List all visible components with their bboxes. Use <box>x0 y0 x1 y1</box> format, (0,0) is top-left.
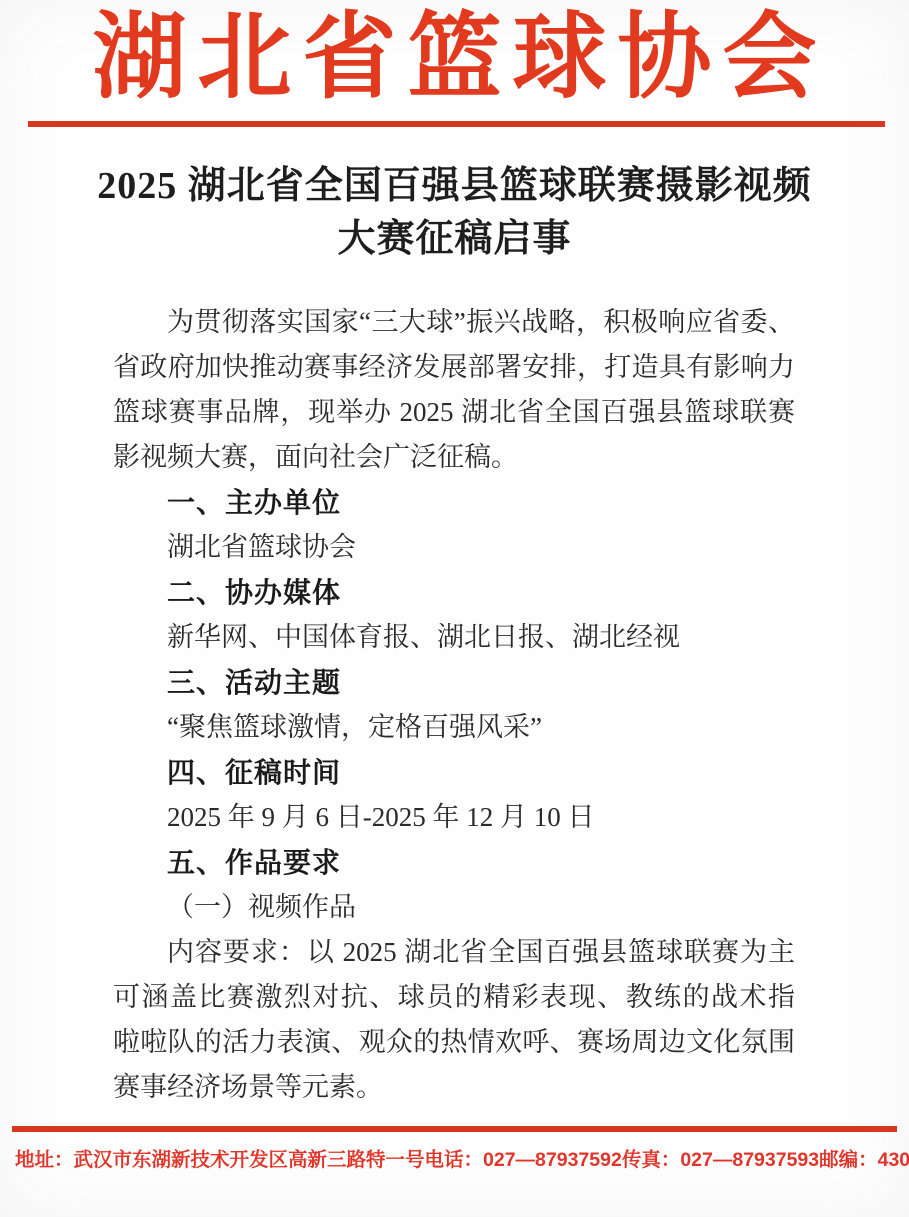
document-body: 为贯彻落实国家“三大球”振兴战略，积极响应省委、 省政府加快推动赛事经济发展部署… <box>113 300 795 1110</box>
document-page: 湖北省篮球协会 2025 湖北省全国百强县篮球联赛摄影视频 大赛征稿启事 为贯彻… <box>0 0 909 1217</box>
document-title-line2: 大赛征稿启事 <box>0 213 909 266</box>
section-heading-period: 四、征稿时间 <box>113 750 795 795</box>
subsection-label-video-works: （一）视频作品 <box>113 885 795 930</box>
section-content-period: 2025 年 9 月 6 日-2025 年 12 月 10 日 <box>113 795 795 840</box>
footer-postal-code: 邮编：430205 <box>819 1144 909 1172</box>
intro-line: 影视频大赛，面向社会广泛征稿。 <box>113 435 795 480</box>
requirements-line: 啦啦队的活力表演、观众的热情欢呼、赛场周边文化氛围和 <box>113 1020 795 1065</box>
section-heading-media: 二、协办媒体 <box>113 570 795 615</box>
section-content-organizer: 湖北省篮球协会 <box>113 525 795 570</box>
letterhead-org-title: 湖北省篮球协会 <box>0 4 909 112</box>
requirements-line: 内容要求：以 2025 湖北省全国百强县篮球联赛为主题， <box>113 930 795 975</box>
document-title: 2025 湖北省全国百强县篮球联赛摄影视频 大赛征稿启事 <box>0 160 909 266</box>
section-heading-requirements: 五、作品要求 <box>113 840 795 885</box>
requirements-line: 赛事经济场景等元素。 <box>113 1065 795 1110</box>
intro-line: 为贯彻落实国家“三大球”振兴战略，积极响应省委、 <box>113 300 795 345</box>
footer-address: 地址：武汉市东湖新技术开发区高新三路特一号 <box>15 1144 425 1172</box>
footer-phone: 电话：027—87937592 <box>425 1144 622 1172</box>
section-heading-organizer: 一、主办单位 <box>113 480 795 525</box>
section-content-media: 新华网、中国体育报、湖北日报、湖北经视 <box>113 615 795 660</box>
section-content-theme: “聚焦篮球激情，定格百强风采” <box>113 705 795 750</box>
footer-fax: 传真：027—87937593 <box>622 1144 819 1172</box>
footer-double-rule <box>12 1126 897 1132</box>
requirements-line: 可涵盖比赛激烈对抗、球员的精彩表现、教练的战术指导、 <box>113 975 795 1020</box>
intro-line: 省政府加快推动赛事经济发展部署安排，打造具有影响力的 <box>113 345 795 390</box>
document-title-line1: 2025 湖北省全国百强县篮球联赛摄影视频 <box>0 160 909 213</box>
section-heading-theme: 三、活动主题 <box>113 660 795 705</box>
header-double-rule <box>28 121 885 127</box>
intro-line: 篮球赛事品牌，现举办 2025 湖北省全国百强县篮球联赛摄 <box>113 390 795 435</box>
footer-contact-bar: 地址：武汉市东湖新技术开发区高新三路特一号 电话：027—87937592 传真… <box>15 1141 896 1175</box>
